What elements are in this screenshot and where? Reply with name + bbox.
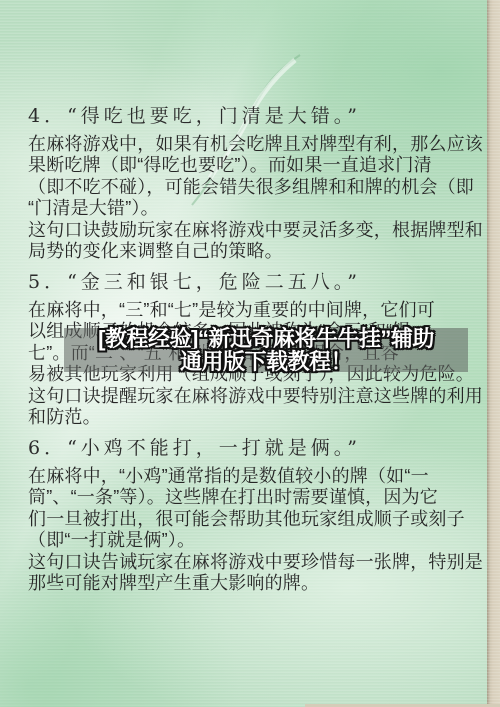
tip-4-text-line: 局势的变化来调整自己的策略。 xyxy=(28,241,488,262)
tip-6-heading: 6．“小鸡不能打，一打就是俩。” xyxy=(28,436,488,460)
paper-edge-right xyxy=(487,0,500,707)
tip-6-text-line: 筒”、“一条”等）。这些牌在打出时需要谨慎，因为它 xyxy=(28,487,488,508)
tip-5-text-line: 这句口诀提醒玩家在麻将游戏中要特别注意这些牌的利用 xyxy=(28,386,488,407)
tip-4-body: 在麻将游戏中，如果有机会吃牌且对牌型有利，那么应该 果断吃牌（即“得吃也要吃”）… xyxy=(28,134,488,262)
tip-5-text-line: 在麻将中，“三”和“七”是较为重要的中间牌，它们可 xyxy=(28,300,488,321)
tip-4-text-line: （即不吃不碰），可能会错失很多组牌和和牌的机会（即 xyxy=(28,177,488,198)
tip-4-heading: 4．“得吃也要吃，门清是大错。” xyxy=(28,104,488,128)
tip-6-text-line: 们一旦被打出，很可能会帮助其他玩家组成顺子或刻子 xyxy=(28,509,488,530)
tip-4-text-line: 在麻将游戏中，如果有机会吃牌且对牌型有利，那么应该 xyxy=(28,134,488,155)
tip-5-text-line: 和防范。 xyxy=(28,407,488,428)
tip-6-text-line: （即“一打就是俩”）。 xyxy=(28,530,488,551)
tip-section-6: 6．“小鸡不能打，一打就是俩。” 在麻将中，“小鸡”通常指的是数值较小的牌（如“… xyxy=(28,436,488,594)
tip-4-text-line: 这句口诀鼓励玩家在麻将游戏中要灵活多变，根据牌型和 xyxy=(28,220,488,241)
page-background: 4．“得吃也要吃，门清是大错。” 在麻将游戏中，如果有机会吃牌且对牌型有利，那么… xyxy=(0,0,500,707)
watermark-text-line2: 通用版下载教程！ xyxy=(180,350,352,373)
watermark-banner: [教程经验]“新迅奇麻将牛牛挂”辅助 通用版下载教程！ xyxy=(64,328,468,372)
tip-6-text-line: 在麻将中，“小鸡”通常指的是数值较小的牌（如“一 xyxy=(28,466,488,487)
tip-4-text-line: “门清是大错”）。 xyxy=(28,198,488,219)
tip-5-heading: 5．“金三和银七，危险二五八。” xyxy=(28,270,488,294)
tip-6-text-line: 这句口诀告诫玩家在麻将游戏中要珍惜每一张牌，特别是 xyxy=(28,552,488,573)
watermark-text-line1: [教程经验]“新迅奇麻将牛牛挂”辅助 xyxy=(98,327,434,350)
tip-4-text-line: 果断吃牌（即“得吃也要吃”）。而如果一直追求门清 xyxy=(28,155,488,176)
tip-section-4: 4．“得吃也要吃，门清是大错。” 在麻将游戏中，如果有机会吃牌且对牌型有利，那么… xyxy=(28,104,488,262)
tip-6-body: 在麻将中，“小鸡”通常指的是数值较小的牌（如“一 筒”、“一条”等）。这些牌在打… xyxy=(28,466,488,594)
tip-6-text-line: 那些可能对牌型产生重大影响的牌。 xyxy=(28,573,488,594)
